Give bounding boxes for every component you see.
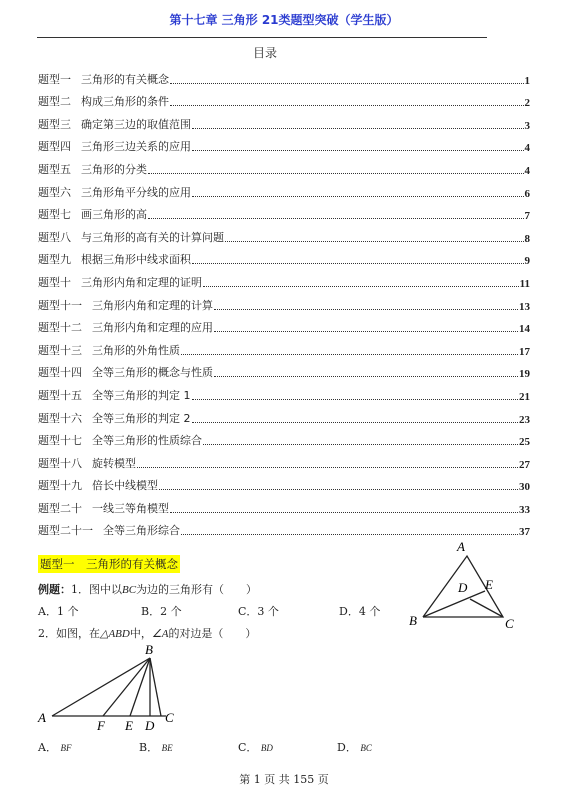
toc-entry[interactable]: 题型二十一线三等角模型33 bbox=[38, 493, 530, 516]
toc-entry-number: 题型十三 bbox=[38, 342, 82, 358]
toc-leader-dots bbox=[192, 399, 519, 400]
toc-leader-dots bbox=[159, 489, 518, 490]
toc-entry-page: 6 bbox=[525, 188, 531, 200]
toc-entry-number: 题型十六 bbox=[38, 410, 82, 426]
toc-entry-title: 确定第三边的取值范围 bbox=[81, 116, 191, 132]
toc-entry-number: 题型四 bbox=[38, 138, 71, 154]
toc-entry-title: 三角形的有关概念 bbox=[81, 71, 169, 87]
toc-entry-page: 17 bbox=[519, 346, 530, 358]
svg-text:A: A bbox=[456, 539, 465, 554]
toc-entry-number: 题型一 bbox=[38, 71, 71, 87]
toc-entry[interactable]: 题型十八旋转模型27 bbox=[38, 448, 530, 471]
toc-entry-number: 题型三 bbox=[38, 116, 71, 132]
q1-option-d: D．4 个 bbox=[339, 603, 380, 619]
example-label: 例题： bbox=[38, 583, 71, 596]
toc-entry-number: 题型六 bbox=[38, 184, 71, 200]
toc-entry-title: 三角形三边关系的应用 bbox=[81, 138, 191, 154]
toc-entry-page: 33 bbox=[519, 504, 530, 516]
toc-entry-number: 题型七 bbox=[38, 206, 71, 222]
q1-option-c: C．3 个 bbox=[238, 603, 279, 619]
toc-leader-dots bbox=[225, 241, 524, 242]
toc-entry-page: 19 bbox=[519, 368, 530, 380]
toc-entry[interactable]: 题型十四全等三角形的概念与性质19 bbox=[38, 358, 530, 381]
toc-entry-number: 题型十八 bbox=[38, 455, 82, 471]
toc-entry[interactable]: 题型十三角形内角和定理的证明11 bbox=[38, 267, 530, 290]
toc-entry-number: 题型十四 bbox=[38, 364, 82, 380]
toc-entry-page: 13 bbox=[519, 301, 530, 313]
toc-title: 目录 bbox=[0, 44, 530, 61]
toc-leader-dots bbox=[192, 263, 524, 264]
toc-entry-number: 题型二十一 bbox=[38, 522, 93, 538]
toc-leader-dots bbox=[192, 196, 524, 197]
toc-entry-title: 全等三角形的性质综合 bbox=[92, 432, 202, 448]
toc-entry-page: 9 bbox=[525, 255, 531, 267]
toc-entry-number: 题型八 bbox=[38, 229, 71, 245]
toc-entry-number: 题型二 bbox=[38, 93, 71, 109]
toc-leader-dots bbox=[137, 467, 518, 468]
toc-leader-dots bbox=[170, 83, 524, 84]
svg-text:F: F bbox=[96, 718, 106, 732]
toc-entry[interactable]: 题型十二三角形内角和定理的应用14 bbox=[38, 313, 530, 336]
header-divider bbox=[37, 37, 487, 38]
toc-entry[interactable]: 题型六三角形角平分线的应用6 bbox=[38, 177, 530, 200]
toc-entry-page: 27 bbox=[519, 459, 530, 471]
toc-entry[interactable]: 题型十三三角形的外角性质17 bbox=[38, 335, 530, 358]
toc-entry-number: 题型十二 bbox=[38, 319, 82, 335]
toc-entry-number: 题型十一 bbox=[38, 297, 82, 313]
toc-entry-title: 三角形内角和定理的证明 bbox=[81, 274, 202, 290]
toc-entry[interactable]: 题型二构成三角形的条件2 bbox=[38, 87, 530, 110]
toc-entry-page: 7 bbox=[525, 210, 531, 222]
toc-entry[interactable]: 题型九根据三角形中线求面积9 bbox=[38, 245, 530, 268]
toc-entry-title: 全等三角形的判定 2 bbox=[92, 410, 191, 426]
toc-entry[interactable]: 题型八与三角形的高有关的计算问题8 bbox=[38, 222, 530, 245]
toc-leader-dots bbox=[203, 444, 518, 445]
toc-leader-dots bbox=[214, 376, 518, 377]
svg-text:B: B bbox=[409, 613, 417, 628]
toc-leader-dots bbox=[203, 286, 519, 287]
toc-leader-dots bbox=[214, 309, 518, 310]
toc-leader-dots bbox=[192, 128, 524, 129]
toc-entry[interactable]: 题型五三角形的分类4 bbox=[38, 154, 530, 177]
toc-entry-title: 全等三角形的概念与性质 bbox=[92, 364, 213, 380]
toc-entry-page: 4 bbox=[525, 165, 531, 177]
svg-text:D: D bbox=[457, 580, 468, 595]
toc-entry-page: 30 bbox=[519, 481, 530, 493]
toc-entry-number: 题型十九 bbox=[38, 477, 82, 493]
toc-entry-title: 三角形的分类 bbox=[81, 161, 147, 177]
toc-entry-number: 题型十 bbox=[38, 274, 71, 290]
toc-entry[interactable]: 题型十一三角形内角和定理的计算13 bbox=[38, 290, 530, 313]
toc-entry[interactable]: 题型三确定第三边的取值范围3 bbox=[38, 109, 530, 132]
svg-text:D: D bbox=[144, 718, 155, 732]
svg-text:B: B bbox=[145, 642, 153, 657]
toc-entry-page: 11 bbox=[520, 278, 530, 290]
toc-entry-number: 题型五 bbox=[38, 161, 71, 177]
document-header-title: 第十七章 三角形 21类题型突破（学生版） bbox=[0, 11, 568, 28]
toc-entry-page: 2 bbox=[525, 97, 531, 109]
toc-entry-title: 三角形内角和定理的应用 bbox=[92, 319, 213, 335]
toc-leader-dots bbox=[170, 512, 518, 513]
q2-option-d: D． BC bbox=[337, 739, 372, 755]
toc-entry-page: 1 bbox=[525, 75, 531, 87]
page-footer: 第 1 页 共 155 页 bbox=[0, 771, 568, 787]
svg-text:E: E bbox=[124, 718, 133, 732]
toc-entry-title: 三角形角平分线的应用 bbox=[81, 184, 191, 200]
toc-entry-number: 题型二十 bbox=[38, 500, 82, 516]
toc-entry-number: 题型九 bbox=[38, 251, 71, 267]
q2-option-c: C． BD bbox=[238, 739, 273, 755]
toc-entry-page: 3 bbox=[525, 120, 531, 132]
toc-entry-title: 根据三角形中线求面积 bbox=[81, 251, 191, 267]
toc-entry-title: 旋转模型 bbox=[92, 455, 136, 471]
toc-entry-page: 4 bbox=[525, 142, 531, 154]
figure-triangle-abc: A B C D E bbox=[395, 535, 525, 630]
question-2-stem: 2．如图，在△ABD中，∠A的对边是（ ） bbox=[38, 625, 256, 641]
toc-leader-dots bbox=[148, 173, 524, 174]
toc-entry-page: 21 bbox=[519, 391, 530, 403]
toc-entry[interactable]: 题型七画三角形的高7 bbox=[38, 200, 530, 223]
svg-text:C: C bbox=[165, 710, 174, 725]
svg-text:E: E bbox=[484, 577, 493, 592]
toc-leader-dots bbox=[170, 105, 524, 106]
toc-leader-dots bbox=[181, 354, 518, 355]
toc-entry-title: 构成三角形的条件 bbox=[81, 93, 169, 109]
toc-entry[interactable]: 题型十六全等三角形的判定 223 bbox=[38, 403, 530, 426]
q1-option-b: B．2 个 bbox=[141, 603, 182, 619]
toc-entry-title: 倍长中线模型 bbox=[92, 477, 158, 493]
toc-entry[interactable]: 题型十七全等三角形的性质综合25 bbox=[38, 426, 530, 449]
table-of-contents: 题型一三角形的有关概念1题型二构成三角形的条件2题型三确定第三边的取值范围3题型… bbox=[38, 64, 530, 538]
toc-entry-title: 一线三等角模型 bbox=[92, 500, 169, 516]
question-1-stem: 例题：1．图中以BC为边的三角形有（ ） bbox=[38, 581, 257, 597]
toc-entry-page: 8 bbox=[525, 233, 531, 245]
toc-entry-title: 与三角形的高有关的计算问题 bbox=[81, 229, 224, 245]
figure-triangle-abc-cevians: B A F E D C bbox=[35, 640, 185, 732]
toc-entry-page: 25 bbox=[519, 436, 530, 448]
toc-entry-number: 题型十五 bbox=[38, 387, 82, 403]
toc-entry-title: 全等三角形的判定 1 bbox=[92, 387, 191, 403]
toc-leader-dots bbox=[214, 331, 518, 332]
svg-text:A: A bbox=[37, 710, 46, 725]
toc-leader-dots bbox=[192, 150, 524, 151]
toc-entry-title: 全等三角形综合 bbox=[103, 522, 180, 538]
toc-entry-title: 三角形内角和定理的计算 bbox=[92, 297, 213, 313]
toc-entry-title: 画三角形的高 bbox=[81, 206, 147, 222]
toc-entry[interactable]: 题型十九倍长中线模型30 bbox=[38, 471, 530, 494]
toc-leader-dots bbox=[192, 422, 519, 423]
toc-entry-page: 14 bbox=[519, 323, 530, 335]
svg-text:C: C bbox=[505, 616, 514, 630]
toc-entry[interactable]: 题型一三角形的有关概念1 bbox=[38, 64, 530, 87]
toc-leader-dots bbox=[148, 218, 524, 219]
toc-entry[interactable]: 题型四三角形三边关系的应用4 bbox=[38, 132, 530, 155]
toc-entry-page: 23 bbox=[519, 414, 530, 426]
q1-option-a: A．1 个 bbox=[38, 603, 78, 619]
toc-entry[interactable]: 题型十五全等三角形的判定 121 bbox=[38, 380, 530, 403]
toc-entry-number: 题型十七 bbox=[38, 432, 82, 448]
section-heading: 题型一 三角形的有关概念 bbox=[38, 555, 180, 573]
toc-entry-title: 三角形的外角性质 bbox=[92, 342, 180, 358]
q2-option-a: A． BF bbox=[38, 739, 71, 755]
q2-option-b: B． BE bbox=[139, 739, 173, 755]
